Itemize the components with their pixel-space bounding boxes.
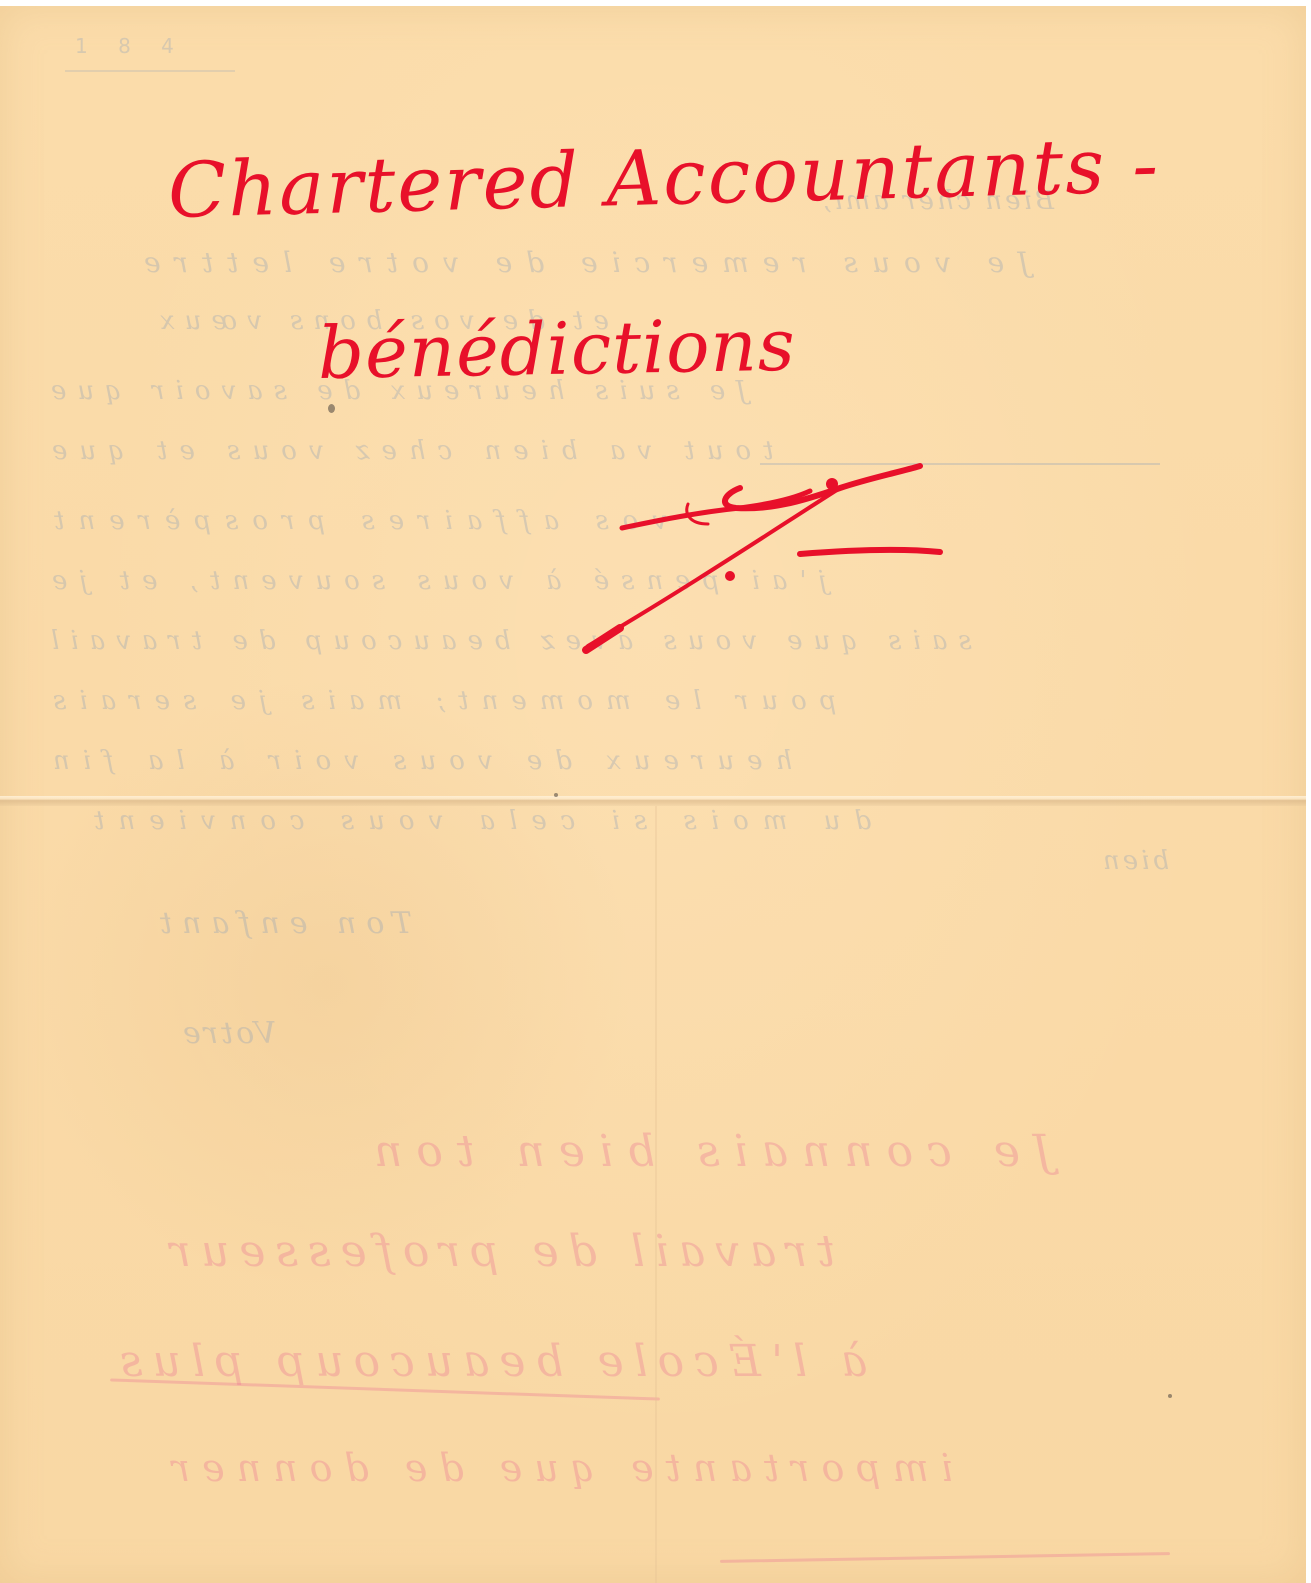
bleed-line-pink: importante que de donner [160,1446,953,1490]
bleed-line: Je vous remercie de votre lettre [130,246,1029,279]
bleed-underline-pink [720,1552,1170,1563]
paper-speck [1168,1394,1172,1398]
paper-speck [554,793,558,797]
reference-underline [65,70,235,72]
annotation-benedictions: bénédictions [317,303,796,395]
signature-paraph-icon [540,436,960,666]
bleed-line: pour le moment; mais je serais [40,686,836,716]
bleed-line: bien [1100,846,1169,876]
bleed-line: heureux de vous voir à la fin [40,746,792,776]
reference-number: 1 8 4 [75,34,186,58]
bleed-line-pink: travail de professeur [160,1226,835,1277]
bleed-closing: Ton enfant [150,906,412,941]
fold-crease [0,796,1306,806]
bleed-closing: Votre [180,1016,276,1051]
bleed-line: du mois si cela vous convient [80,806,871,836]
bleed-line-pink: à l'École beaucoup plus [110,1336,867,1387]
bleed-line-pink: Je connais bien ton [360,1126,1051,1177]
paper-speck [328,404,335,413]
vertical-crease [655,806,657,1583]
letter-sheet: 1 8 4 Bien cher ami, Je vous remercie de… [0,6,1306,1583]
annotation-chartered-accountants: Chartered Accountants - [167,120,1161,235]
